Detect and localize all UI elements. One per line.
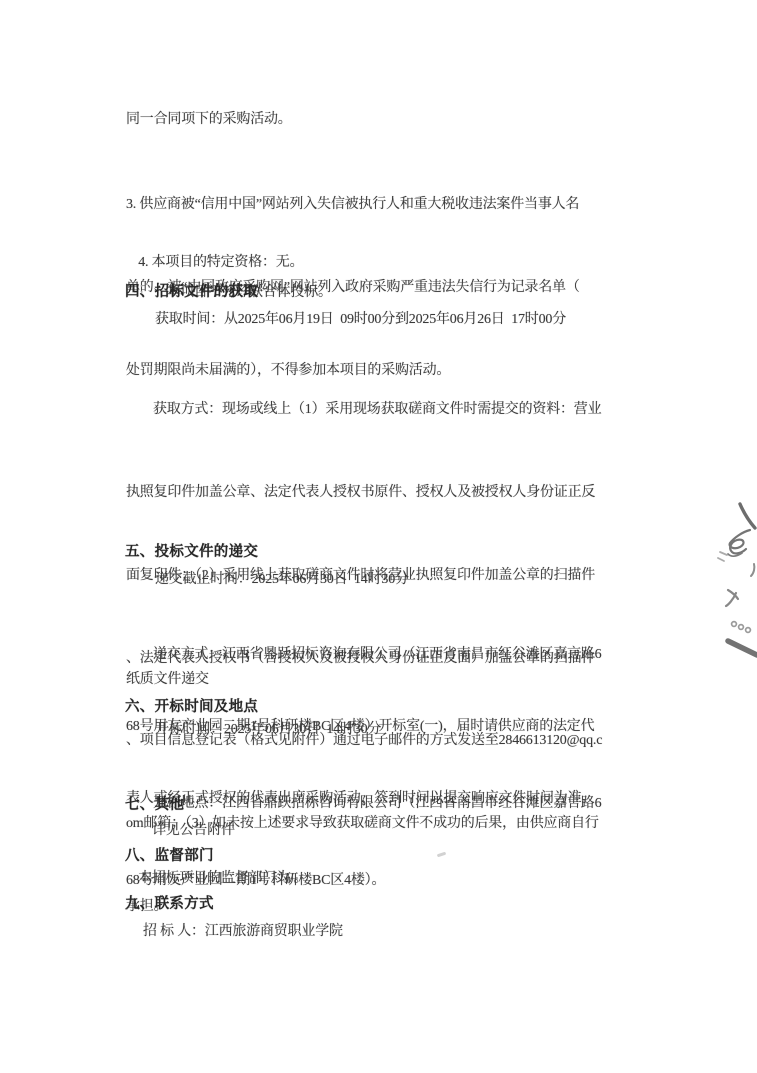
paragraph-line: 递交方式：江西省鼎跃招标咨询有限公司（江西省南昌市红谷滩区嘉言路6 xyxy=(126,643,601,667)
deadline-line: 递交截止时间：2025年06月30日 14时30分 xyxy=(155,566,409,594)
section-heading-4: 四、招标文件的获取 xyxy=(125,281,258,303)
section-heading-5: 五、投标文件的递交 xyxy=(125,541,258,563)
bidder-line: 招 标 人：江西旅游商贸职业学院 xyxy=(143,918,343,946)
paragraph-line: 开标地点：江西省鼎跃招标咨询有限公司（江西省南昌市红谷滩区嘉言路6 xyxy=(126,791,601,817)
consortium-text-post: 联合体投标。 xyxy=(249,285,332,300)
paragraph-carryover: 同一合同项下的采购活动。 xyxy=(126,106,292,134)
paragraph-line: 3. 供应商被“信用中国”网站列入失信被执行人和重大税收违法案件当事人名 xyxy=(126,191,580,219)
scanned-document-page: 同一合同项下的采购活动。 3. 供应商被“信用中国”网站列入失信被执行人和重大税… xyxy=(0,0,757,1073)
supervision-content-line: 本招标项目的监督部门为/。 xyxy=(138,865,307,893)
handwriting-marks-icon xyxy=(690,460,757,690)
section-heading-8: 八、监督部门 xyxy=(125,845,214,867)
obtain-time-line: 获取时间：从2025年06月19日 09时00分到2025年06月26日 17时… xyxy=(155,306,566,334)
paragraph-line: 获取方式：现场或线上（1）采用现场获取磋商文件时需提交的资料：营业 xyxy=(126,396,602,424)
other-content-line: 详见公告附件 xyxy=(152,817,235,845)
paragraph-line: 执照复印件加盖公章、法定代表人授权书原件、授权人及被授权人身份证正反 xyxy=(126,479,602,507)
section-heading-9: 九、联系方式 xyxy=(125,893,214,915)
section-heading-7: 七、其他 xyxy=(125,794,184,816)
paper-note-line: 纸质文件递交 xyxy=(126,666,209,694)
section-heading-6: 六、开标时间及地点 xyxy=(125,696,258,718)
